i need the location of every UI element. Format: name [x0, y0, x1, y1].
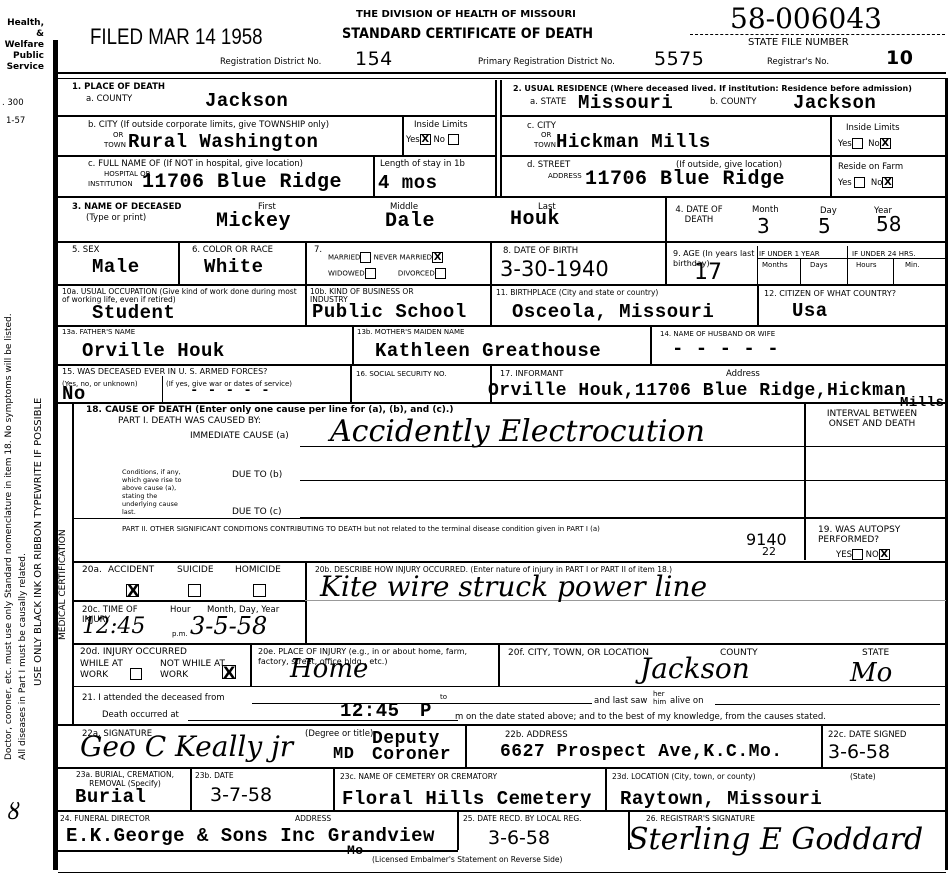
divider: [500, 115, 946, 117]
embalmer-note: (Licensed Embalmer's Statement on Revers…: [372, 855, 562, 865]
homicide-checkbox[interactable]: [253, 580, 266, 599]
married-checkbox[interactable]: [360, 252, 371, 263]
divider: [72, 600, 305, 602]
death-county: Jackson: [205, 90, 288, 112]
death-ampm: P: [420, 700, 432, 722]
funeral-address-label: ADDRESS: [295, 814, 331, 824]
funeral-director: E.K.George & Sons Inc Grandview: [66, 825, 435, 847]
or-label: OR: [113, 131, 123, 139]
town-label: TOWN: [534, 141, 556, 149]
birthplace-value: Osceola, Missouri: [512, 301, 714, 323]
divider: [162, 376, 163, 402]
agency-name: THE DIVISION OF HEALTH OF MISSOURI: [356, 9, 576, 20]
primary-registration-number: 5575: [654, 48, 704, 70]
filed-stamp: FILED MAR 14 1958: [90, 24, 263, 50]
form-left-border: [53, 40, 58, 870]
sex-label: 5. SEX: [72, 245, 99, 255]
title-line-2: Coroner: [372, 745, 451, 765]
deceased-name-sub: (Type or print): [86, 213, 146, 223]
date-signed-label: 22c. DATE SIGNED: [828, 730, 906, 740]
ssn-label: 16. SOCIAL SECURITY NO.: [356, 370, 446, 378]
residence-county: Jackson: [793, 92, 876, 114]
divider: [490, 284, 492, 325]
residence-county-label: b. COUNTY: [710, 97, 756, 107]
homicide-label: HOMICIDE: [235, 565, 281, 575]
spouse-value: - - - - -: [672, 338, 779, 360]
injury-county: Jackson: [640, 652, 750, 685]
divider: [665, 198, 667, 241]
funeral-director-label: 24. FUNERAL DIRECTOR: [60, 814, 150, 824]
death-year: 58: [876, 212, 901, 236]
inside-limits-no-checkbox[interactable]: [448, 134, 459, 145]
instructions-causal: All diseases in Part I must be causally …: [18, 553, 28, 760]
months-label: Months: [762, 261, 788, 269]
inside-limits-options: YesX No: [406, 134, 459, 145]
divider: [58, 325, 946, 327]
autopsy-no-checkbox[interactable]: X: [879, 549, 890, 560]
state-file-label: STATE FILE NUMBER: [748, 38, 849, 48]
registrar-label: Registrar's No.: [767, 57, 829, 67]
divider: [72, 561, 946, 563]
farm-yes-checkbox[interactable]: [854, 177, 865, 188]
race-label: 6. COLOR OR RACE: [192, 245, 273, 255]
divider: [72, 643, 946, 645]
burial-state-label: (State): [850, 772, 876, 782]
physician-signature: Geo C Keally jr: [80, 730, 293, 763]
burial-type: Burial: [75, 786, 146, 808]
form-revision: 1-57: [6, 116, 25, 126]
attended-label: 21. I attended the deceased from: [82, 693, 225, 703]
hospital-label: c. FULL NAME OF (If NOT in hospital, giv…: [88, 159, 303, 169]
work-label: 20d. INJURY OCCURRED: [80, 647, 187, 657]
divider: [333, 767, 335, 810]
alive-on-label: alive on: [670, 696, 703, 706]
to-label: to: [440, 693, 447, 701]
residence-city: Hickman Mills: [556, 131, 711, 153]
date-signed: 3-6-58: [828, 741, 890, 763]
widowed-checkbox[interactable]: [365, 268, 376, 279]
injury-city-label: 20f. CITY, TOWN, OR LOCATION: [508, 648, 649, 658]
physician-address: 6627 Prospect Ave,K.C.Mo.: [500, 742, 783, 762]
divider: [305, 241, 307, 284]
first-name: Mickey: [216, 210, 291, 233]
cemetery-label: 23c. NAME OF CEMETERY OR CREMATORY: [340, 772, 497, 782]
her-label: her: [653, 690, 665, 698]
date-received-label: 25. DATE RECD. BY LOCAL REG.: [463, 814, 582, 824]
divider: [58, 810, 946, 812]
no-label: No: [868, 139, 880, 149]
spouse-label: 14. NAME OF HUSBAND OR WIFE: [660, 330, 775, 338]
while-at-work-label: WHILE AT WORK: [80, 659, 135, 681]
sex-value: Male: [92, 256, 140, 278]
place-of-death-label: 1. PLACE OF DEATH: [72, 82, 165, 92]
yes-label: Yes: [838, 178, 852, 188]
registrar-number: 10: [886, 47, 913, 69]
divider: [250, 643, 252, 686]
divider: [305, 284, 307, 325]
divider: [178, 241, 180, 284]
divider: [465, 724, 467, 767]
medical-certification-label: MEDICAL CERTIFICATION: [58, 529, 68, 640]
accident-label: ACCIDENT: [108, 565, 154, 575]
code-value-2: 22: [762, 545, 776, 558]
divider: [757, 258, 946, 259]
length-of-stay: 4 mos: [378, 172, 438, 194]
occupation-value: Student: [92, 302, 175, 324]
informant-address-label: Address: [726, 369, 760, 379]
residence-city-label: c. CITY: [527, 121, 556, 131]
death-month: 3: [757, 214, 770, 238]
divider: [58, 115, 495, 117]
divider: [58, 155, 495, 157]
instructions-nomenclature: Doctor, coroner, etc. must use only Stan…: [4, 313, 14, 760]
divider: [190, 767, 192, 810]
registrar-signature: Sterling E Goddard: [628, 822, 923, 857]
divider: [72, 518, 946, 519]
burial-location: Raytown, Missouri: [620, 788, 822, 810]
injury-state-label: STATE: [862, 648, 889, 658]
residence-inside-no-checkbox[interactable]: X: [880, 138, 891, 149]
death-day: 5: [818, 214, 831, 238]
divider: [500, 80, 502, 197]
marital-options-row1: MARRIED NEVER MARRIEDX: [328, 252, 443, 263]
date-of-birth: 3-30-1940: [500, 257, 609, 281]
form-number: . 300: [2, 98, 24, 108]
divider: [665, 241, 667, 284]
divider: [757, 284, 759, 325]
death-time-line: [188, 720, 458, 721]
divider: [305, 561, 307, 643]
divider: [605, 767, 607, 810]
father-label: 13a. FATHER'S NAME: [62, 328, 135, 336]
place-of-injury: Home: [290, 654, 368, 684]
degree-label: (Degree or title): [305, 729, 373, 739]
marital-options-row2: WIDOWED DIVORCED: [328, 268, 446, 279]
stay-label: Length of stay in 1b: [380, 159, 465, 169]
death-occurred-end: m on the date stated above; and to the b…: [455, 712, 826, 722]
last-name: Houk: [510, 208, 560, 231]
death-occurred-label: Death occurred at: [102, 710, 179, 720]
date-received: 3-6-58: [488, 827, 550, 849]
death-city: Rural Washington: [128, 131, 318, 153]
health-line: Public: [2, 51, 44, 62]
hours-label: Hours: [856, 261, 877, 269]
father-name: Orville Houk: [82, 340, 225, 362]
divider: [402, 115, 404, 155]
never-married-label: NEVER MARRIED: [374, 254, 432, 262]
farm-label: Reside on Farm: [838, 162, 903, 172]
under-24-label: IF UNDER 24 HRS.: [852, 250, 916, 258]
min-label: Min.: [905, 261, 920, 269]
divider: [350, 364, 352, 402]
armed-forces-label: 15. WAS DECEASED EVER IN U. S. ARMED FOR…: [62, 367, 267, 377]
divider: [72, 686, 946, 687]
divider: [58, 850, 458, 852]
street-label: d. STREET: [527, 160, 570, 170]
due-to-b-line: [300, 480, 946, 481]
divider: [495, 80, 497, 197]
not-while-at-work-checkbox[interactable]: X: [222, 661, 236, 680]
health-line: Health,: [2, 18, 44, 29]
under-year-label: IF UNDER 1 YEAR: [759, 250, 820, 258]
mother-label: 13b. MOTHER'S MAIDEN NAME: [357, 328, 464, 336]
county-label: a. COUNTY: [86, 94, 132, 104]
town-label: TOWN: [104, 141, 126, 149]
yes-label: Yes: [406, 135, 420, 145]
armed-forces-service: - - - - -: [190, 383, 270, 399]
divider: [757, 246, 758, 284]
certificate-title: STANDARD CERTIFICATE OF DEATH: [342, 26, 593, 42]
divider: [58, 284, 946, 286]
conditions-note: Conditions, if any, which gave rise to a…: [122, 468, 192, 516]
divider: [373, 155, 375, 196]
married-label: MARRIED: [328, 254, 360, 262]
divorced-label: DIVORCED: [398, 270, 435, 278]
describe-injury: Kite wire struck power line: [320, 570, 707, 603]
health-line: Service: [2, 62, 44, 73]
hospital-name: 11706 Blue Ridge: [142, 171, 342, 194]
address-label: 22b. ADDRESS: [505, 730, 568, 740]
days-label: Days: [810, 261, 827, 269]
due-to-c-label: DUE TO (c): [232, 507, 281, 517]
marital-label: 7.: [314, 245, 322, 255]
informant-value: Orville Houk,11706 Blue Ridge,Hickman: [488, 381, 906, 401]
divider: [58, 872, 946, 873]
no-label: No: [871, 178, 883, 188]
ink-instruction: USE ONLY BLACK INK OR RIBBON TYPEWRITE I…: [34, 398, 44, 686]
widowed-label: WIDOWED: [328, 270, 365, 278]
deceased-name-label: 3. NAME OF DECEASED: [72, 202, 181, 212]
divider: [804, 402, 806, 560]
death-time: 12:45: [340, 700, 400, 722]
divider: [457, 810, 459, 850]
divider: [804, 446, 946, 447]
state-file-number: 58-006043: [730, 2, 882, 35]
divider: [800, 258, 801, 284]
divider: [830, 115, 832, 196]
health-line: & Welfare: [2, 29, 44, 51]
residence-state-label: a. STATE: [530, 97, 566, 107]
inside-limits-label: Inside Limits: [414, 120, 468, 130]
birthplace-label: 11. BIRTHPLACE (City and state or countr…: [496, 289, 658, 297]
age-value: 17: [694, 260, 722, 285]
dob-label: 8. DATE OF BIRTH: [503, 246, 578, 256]
time-of-injury: 12:45: [82, 614, 145, 639]
informant-label: 17. INFORMANT: [500, 369, 563, 379]
burial-date: 3-7-58: [210, 784, 272, 806]
divider: [58, 724, 946, 726]
immediate-cause-label: IMMEDIATE CAUSE (a): [190, 431, 289, 441]
health-label: Health, & Welfare Public Service: [2, 18, 44, 73]
divider: [893, 258, 894, 284]
cemetery-name: Floral Hills Cemetery: [342, 788, 592, 810]
divider: [490, 241, 492, 284]
registration-district-number: 154: [355, 48, 393, 70]
divider: [821, 724, 823, 767]
race-value: White: [204, 256, 264, 278]
autopsy-yes-label: YES: [836, 550, 852, 560]
not-while-mark: X: [222, 665, 236, 679]
accident-checkbox[interactable]: X: [126, 580, 139, 599]
divider: [58, 241, 946, 243]
farm-no-checkbox[interactable]: X: [882, 177, 893, 188]
injury-state: Mo: [850, 658, 892, 688]
alive-on-line: [715, 704, 940, 705]
residence-state: Missouri: [578, 92, 673, 114]
last-saw-label: and last saw: [594, 696, 647, 706]
city-label: b. CITY (If outside corporate limits, gi…: [88, 120, 329, 130]
interval-label: INTERVAL BETWEEN ONSET AND DEATH: [812, 409, 932, 429]
divider: [58, 78, 946, 79]
divider: [690, 34, 945, 35]
divider: [58, 364, 946, 366]
him-label: him: [653, 698, 666, 706]
date-of-death-label: 4. DATE OF DEATH: [674, 205, 724, 225]
divider: [352, 325, 354, 364]
degree-value: MD: [333, 745, 354, 764]
burial-location-label: 23d. LOCATION (City, town, or county): [612, 772, 756, 782]
primary-registration-label: Primary Registration District No.: [478, 57, 615, 67]
suicide-checkbox[interactable]: [188, 580, 201, 599]
while-at-work-checkbox[interactable]: [130, 663, 142, 682]
farm-options: Yes NoX: [838, 177, 893, 188]
burial-date-label: 23b. DATE: [195, 771, 234, 781]
citizen-label: 12. CITIZEN OF WHAT COUNTRY?: [764, 290, 896, 298]
divider: [650, 325, 652, 364]
divider: [500, 155, 946, 157]
inside-limits-yes-checkbox[interactable]: X: [420, 134, 431, 145]
date-of-injury: 3-5-58: [190, 612, 267, 640]
residence-inside-limits-label: Inside Limits: [846, 123, 900, 133]
armed-forces-value: No: [62, 383, 86, 405]
registration-district-label: Registration District No.: [220, 57, 321, 67]
hour-label: Hour: [170, 605, 190, 615]
residence-inside-yes-checkbox[interactable]: [852, 138, 863, 149]
autopsy-yes-checkbox[interactable]: [852, 549, 863, 560]
residence-inside-limits-options: Yes NoX: [838, 138, 891, 149]
middle-name: Dale: [385, 210, 435, 233]
ampm-label: p.m.: [172, 630, 188, 638]
mother-name: Kathleen Greathouse: [375, 340, 601, 362]
divorced-checkbox[interactable]: [435, 268, 446, 279]
never-married-checkbox[interactable]: X: [432, 252, 443, 263]
part1-label: PART I. DEATH WAS CAUSED BY:: [118, 416, 261, 426]
not-while-at-work-label: NOT WHILE AT WORK: [160, 659, 230, 681]
funeral-director-state: Mo: [347, 843, 364, 858]
autopsy-label: 19. WAS AUTOPSY PERFORMED?: [818, 525, 928, 545]
business-value: Public School: [312, 301, 467, 323]
divider: [58, 196, 946, 198]
autopsy-options: YES NOX: [836, 549, 890, 560]
suicide-label: SUICIDE: [177, 565, 214, 575]
residence-street: 11706 Blue Ridge: [585, 168, 785, 191]
margin-mark: ȣ: [8, 800, 20, 825]
citizen-value: Usa: [792, 300, 828, 322]
accident-mark: X: [126, 584, 139, 597]
yes-label: Yes: [838, 139, 852, 149]
manner-label: 20a.: [82, 565, 102, 575]
attended-to-line: [450, 703, 592, 704]
no-label: No: [433, 135, 445, 145]
divider: [58, 402, 946, 404]
street-label-2: ADDRESS: [548, 172, 582, 180]
due-to-b-label: DUE TO (b): [232, 470, 282, 480]
divider: [58, 72, 946, 74]
hospital-label-3: INSTITUTION: [88, 180, 133, 188]
part2-label: PART II. OTHER SIGNIFICANT CONDITIONS CO…: [122, 524, 600, 534]
medical-inner-border: [72, 402, 74, 724]
divider: [847, 246, 848, 284]
or-label: OR: [541, 131, 551, 139]
divider: [498, 643, 500, 686]
autopsy-no-label: NO: [866, 550, 879, 560]
immediate-cause: Accidently Electrocution: [330, 414, 705, 449]
